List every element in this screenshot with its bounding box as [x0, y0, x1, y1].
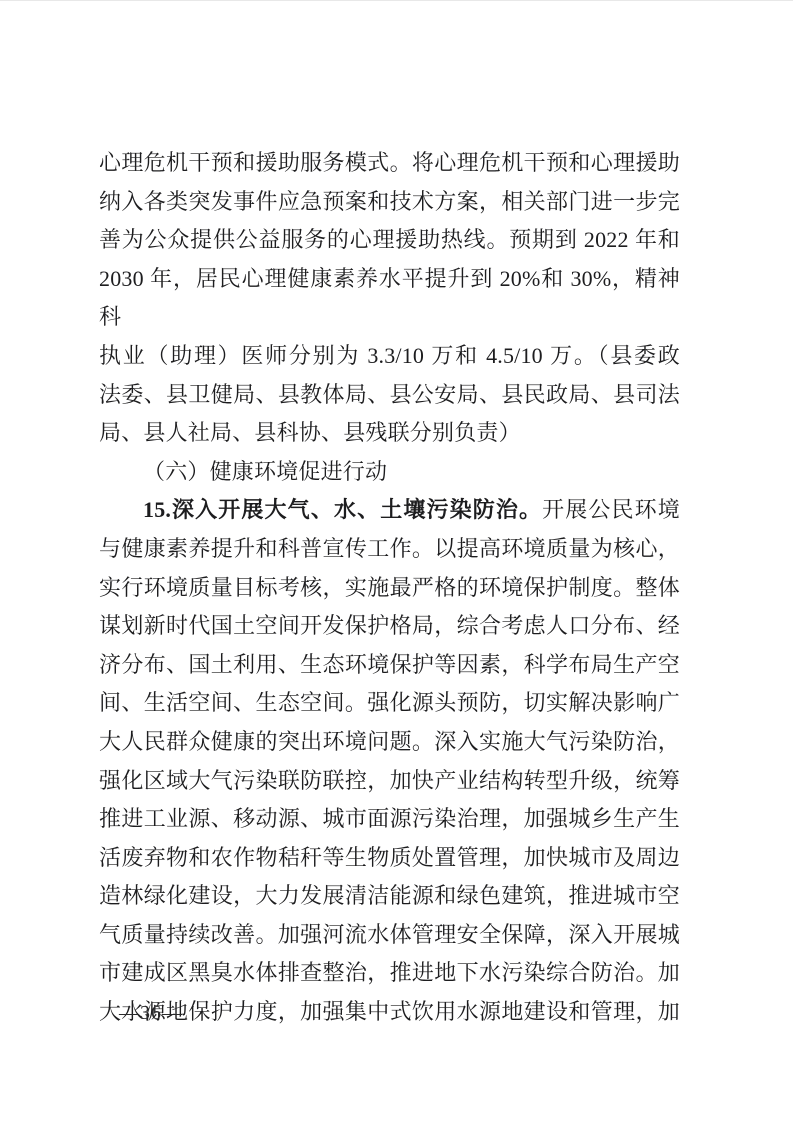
document-page: 心理危机干预和援助服务模式。将心理危机干预和心理援助 纳入各类突发事件应急预案和… [0, 0, 793, 1122]
text-line: 济分布、国土利用、生态环境保护等因素，科学布局生产空 [99, 646, 680, 685]
text-line: 执业（助理）医师分别为 3.3/10 万和 4.5/10 万。（县委政 [99, 337, 680, 376]
text-line: 谋划新时代国土空间开发保护格局，综合考虑人口分布、经 [99, 607, 680, 646]
text-line: 大人民群众健康的突出环境问题。深入实施大气污染防治， [99, 723, 680, 762]
text-line: 间、生活空间、生态空间。强化源头预防，切实解决影响广 [99, 684, 680, 723]
page-number: —36— [119, 999, 183, 1027]
text-line: 与健康素养提升和科普宣传工作。以提高环境质量为核心， [99, 530, 680, 569]
text-line: 大水源地保护力度，加强集中式饮用水源地建设和管理，加 [99, 993, 680, 1032]
text-line: 造林绿化建设，大力发展清洁能源和绿色建筑，推进城市空 [99, 877, 680, 916]
text-line: 心理危机干预和援助服务模式。将心理危机干预和心理援助 [99, 144, 680, 183]
text-line: 善为公众提供公益服务的心理援助热线。预期到 2022 年和 [99, 221, 680, 260]
section-heading: （六）健康环境促进行动 [99, 453, 680, 492]
text-line: 市建成区黑臭水体排查整治，推进地下水污染综合防治。加 [99, 954, 680, 993]
paragraph-last-line: 局、县人社局、县科协、县残联分别负责） [99, 414, 680, 453]
body-text-block: 心理危机干预和援助服务模式。将心理危机干预和心理援助 纳入各类突发事件应急预案和… [99, 144, 680, 1032]
text-line: 强化区域大气污染联防联控，加快产业结构转型升级，统筹 [99, 762, 680, 801]
text-line: 2030 年，居民心理健康素养水平提升到 20%和 30%，精神科 [99, 260, 680, 337]
item-heading-line: 15.深入开展大气、水、土壤污染防治。开展公民环境 [99, 491, 680, 530]
item-number-title: 15.深入开展大气、水、土壤污染防治。 [143, 497, 542, 522]
text-line: 纳入各类突发事件应急预案和技术方案，相关部门进一步完 [99, 183, 680, 222]
text-line: 推进工业源、移动源、城市面源污染治理，加强城乡生产生 [99, 800, 680, 839]
text-line: 法委、县卫健局、县教体局、县公安局、县民政局、县司法 [99, 376, 680, 415]
text-line: 实行环境质量目标考核，实施最严格的环境保护制度。整体 [99, 569, 680, 608]
text-line: 活废弃物和农作物秸秆等生物质处置管理，加快城市及周边 [99, 839, 680, 878]
text-line: 气质量持续改善。加强河流水体管理安全保障，深入开展城 [99, 916, 680, 955]
item-body-start: 开展公民环境 [542, 497, 680, 522]
